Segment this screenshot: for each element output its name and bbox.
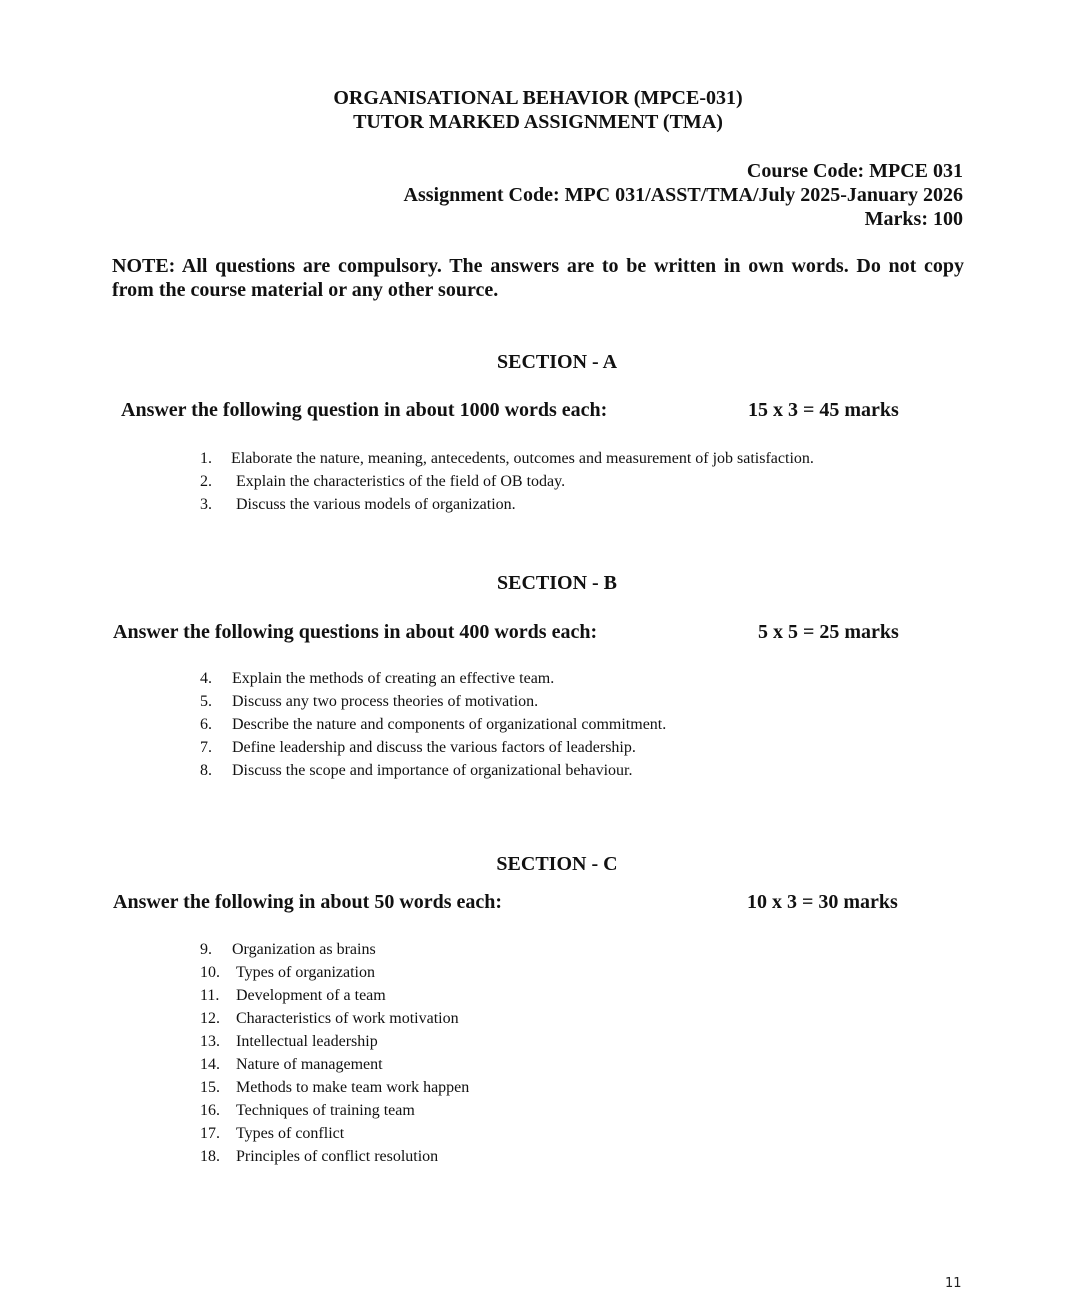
- question-text: Characteristics of work motivation: [236, 1010, 459, 1027]
- section-c-instruction: Answer the following in about 50 words e…: [113, 891, 502, 914]
- question-item: 17.Types of conflict: [200, 1122, 469, 1145]
- question-text: Development of a team: [236, 987, 386, 1004]
- question-item: 2.Explain the characteristics of the fie…: [200, 470, 814, 493]
- question-text: Define leadership and discuss the variou…: [232, 739, 636, 756]
- question-item: 8.Discuss the scope and importance of or…: [200, 759, 666, 782]
- question-text: Organization as brains: [232, 941, 376, 958]
- document-title: ORGANISATIONAL BEHAVIOR (MPCE-031): [0, 87, 1076, 110]
- question-item: 3.Discuss the various models of organiza…: [200, 493, 814, 516]
- question-number: 2.: [200, 470, 236, 493]
- section-c-questions: 9.Organization as brains10.Types of orga…: [200, 938, 469, 1168]
- question-number: 8.: [200, 759, 232, 782]
- question-item: 10.Types of organization: [200, 961, 469, 984]
- question-text: Principles of conflict resolution: [236, 1148, 438, 1165]
- question-number: 5.: [200, 690, 232, 713]
- course-code: Course Code: MPCE 031: [747, 160, 963, 183]
- question-item: 13.Intellectual leadership: [200, 1030, 469, 1053]
- question-number: 17.: [200, 1122, 236, 1145]
- section-a-heading: SECTION - A: [0, 351, 1080, 374]
- question-text: Discuss the various models of organizati…: [236, 496, 516, 513]
- question-number: 13.: [200, 1030, 236, 1053]
- question-item: 6.Describe the nature and components of …: [200, 713, 666, 736]
- question-text: Describe the nature and components of or…: [232, 716, 666, 733]
- question-text: Types of conflict: [236, 1125, 344, 1142]
- section-a-instruction: Answer the following question in about 1…: [121, 399, 607, 422]
- question-item: 14.Nature of management: [200, 1053, 469, 1076]
- question-number: 14.: [200, 1053, 236, 1076]
- question-number: 16.: [200, 1099, 236, 1122]
- question-text: Types of organization: [236, 964, 375, 981]
- question-number: 9.: [200, 938, 232, 961]
- section-c-heading: SECTION - C: [0, 853, 1080, 876]
- question-number: 1.: [200, 447, 231, 470]
- question-text: Discuss the scope and importance of orga…: [232, 762, 632, 779]
- question-text: Methods to make team work happen: [236, 1079, 469, 1096]
- question-item: 12.Characteristics of work motivation: [200, 1007, 469, 1030]
- question-item: 18.Principles of conflict resolution: [200, 1145, 469, 1168]
- total-marks: Marks: 100: [865, 208, 963, 231]
- question-item: 9.Organization as brains: [200, 938, 469, 961]
- question-number: 10.: [200, 961, 236, 984]
- question-number: 7.: [200, 736, 232, 759]
- question-item: 1.Elaborate the nature, meaning, anteced…: [200, 447, 814, 470]
- section-b-marks: 5 x 5 = 25 marks: [758, 621, 899, 644]
- question-text: Elaborate the nature, meaning, anteceden…: [231, 450, 814, 467]
- question-number: 12.: [200, 1007, 236, 1030]
- section-b-instruction: Answer the following questions in about …: [113, 621, 597, 644]
- question-item: 15.Methods to make team work happen: [200, 1076, 469, 1099]
- page-number: 11: [945, 1276, 962, 1291]
- question-number: 4.: [200, 667, 232, 690]
- question-text: Intellectual leadership: [236, 1033, 378, 1050]
- question-item: 11.Development of a team: [200, 984, 469, 1007]
- section-a-questions: 1.Elaborate the nature, meaning, anteced…: [200, 447, 814, 516]
- question-number: 3.: [200, 493, 236, 516]
- question-number: 15.: [200, 1076, 236, 1099]
- document-subtitle: TUTOR MARKED ASSIGNMENT (TMA): [0, 111, 1076, 134]
- question-text: Explain the methods of creating an effec…: [232, 670, 554, 687]
- note-paragraph: NOTE: All questions are compulsory. The …: [112, 254, 964, 302]
- question-number: 6.: [200, 713, 232, 736]
- section-c-marks: 10 x 3 = 30 marks: [747, 891, 898, 914]
- section-a-marks: 15 x 3 = 45 marks: [748, 399, 899, 422]
- question-text: Discuss any two process theories of moti…: [232, 693, 538, 710]
- question-text: Explain the characteristics of the field…: [236, 473, 565, 490]
- section-b-questions: 4.Explain the methods of creating an eff…: [200, 667, 666, 782]
- question-item: 5.Discuss any two process theories of mo…: [200, 690, 666, 713]
- section-b-heading: SECTION - B: [0, 572, 1080, 595]
- question-text: Techniques of training team: [236, 1102, 415, 1119]
- question-item: 4.Explain the methods of creating an eff…: [200, 667, 666, 690]
- question-number: 18.: [200, 1145, 236, 1168]
- question-number: 11.: [200, 984, 236, 1007]
- assignment-code: Assignment Code: MPC 031/ASST/TMA/July 2…: [404, 184, 963, 207]
- question-text: Nature of management: [236, 1056, 383, 1073]
- question-item: 7.Define leadership and discuss the vari…: [200, 736, 666, 759]
- question-item: 16.Techniques of training team: [200, 1099, 469, 1122]
